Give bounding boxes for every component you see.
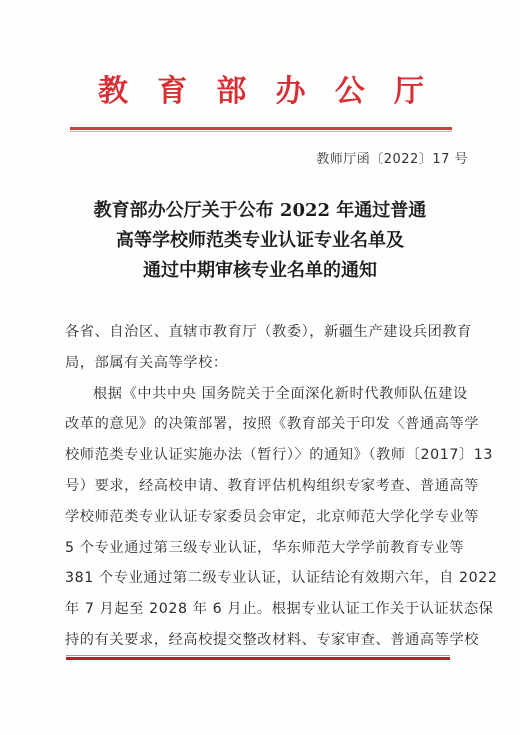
document-title: 教育部办公厅关于公布 2022 年通过普通 高等学校师范类专业认证专业名单及 通…	[50, 196, 470, 286]
body-line: 5 个专业通过第三级专业认证，华东师范大学学前教育专业等	[65, 533, 455, 564]
body-line: 根据《中共中央 国务院关于全面深化新时代教师队伍建设	[65, 379, 455, 410]
body-line: 号）要求，经高校申请、教育评估机构组织专家考查、普通高等	[65, 471, 455, 502]
body-line: 持的有关要求，经高校提交整改材料、专家审查、普通高等学校	[65, 625, 455, 656]
masthead-char: 办	[276, 70, 306, 114]
masthead-char: 部	[216, 70, 246, 114]
masthead-char: 教	[98, 70, 128, 114]
masthead-issuer: 教 育 部 办 公 厅	[70, 70, 452, 114]
footer-divider-thin	[66, 655, 450, 656]
footer-divider	[66, 657, 450, 660]
document-body: 各省、自治区、直辖市教育厅（教委），新疆生产建设兵团教育 局，部属有关高等学校：…	[65, 317, 455, 656]
title-line: 教育部办公厅关于公布 2022 年通过普通	[50, 196, 470, 226]
masthead-char: 厅	[394, 70, 424, 114]
body-line: 年 7 月起至 2028 年 6 月止。根据专业认证工作关于认证状态保	[65, 594, 455, 625]
masthead-divider-thin	[70, 131, 452, 132]
body-line: 改革的意见》的决策部署，按照《教育部关于印发〈普通高等学	[65, 409, 455, 440]
title-line: 高等学校师范类专业认证专业名单及	[50, 226, 470, 256]
masthead-divider	[70, 127, 452, 130]
masthead-char: 育	[157, 70, 187, 114]
addressee-line: 各省、自治区、直辖市教育厅（教委），新疆生产建设兵团教育	[65, 317, 455, 348]
body-line: 学校师范类专业认证专家委员会审定，北京师范大学化学专业等	[65, 502, 455, 533]
addressee-line: 局，部属有关高等学校：	[65, 348, 455, 379]
title-line: 通过中期审核专业名单的通知	[50, 256, 470, 286]
masthead-char: 公	[335, 70, 365, 114]
body-line: 381 个专业通过第二级专业认证，认证结论有效期六年，自 2022	[65, 563, 455, 594]
body-line: 校师范类专业认证实施办法（暂行）〉的通知》（教师〔2017〕13	[65, 440, 455, 471]
document-number: 教师厅函〔2022〕17 号	[316, 148, 468, 167]
document-page: 教 育 部 办 公 厅 教师厅函〔2022〕17 号 教育部办公厅关于公布 20…	[0, 0, 520, 735]
